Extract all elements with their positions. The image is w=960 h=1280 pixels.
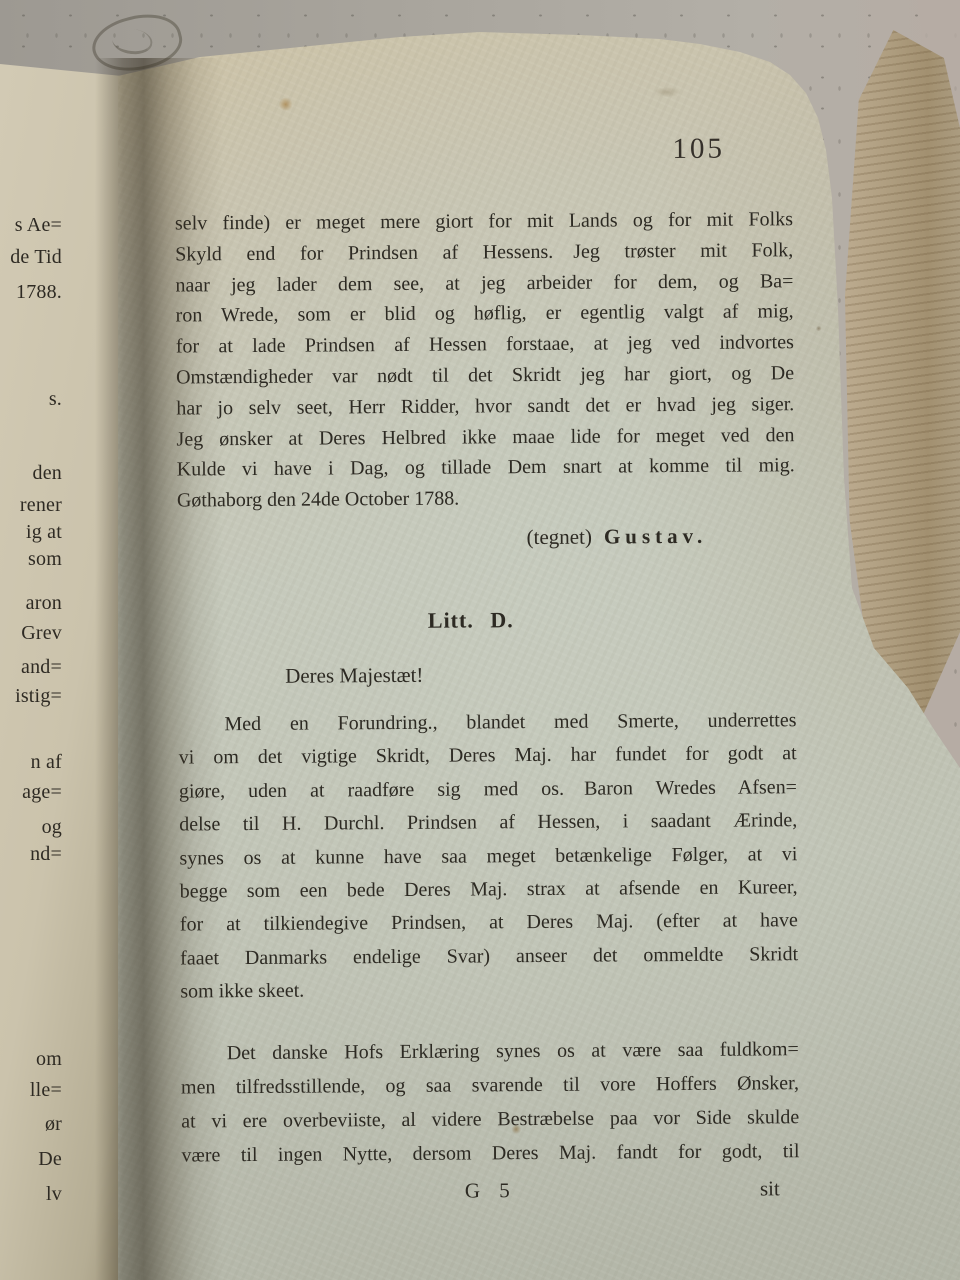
- text-line: for at lade Prindsen af Hessen forstaae,…: [176, 327, 794, 362]
- text-line: ron Wrede, som er blid og høflig, er ege…: [176, 297, 794, 332]
- cutoff-text-fragment: n af: [31, 751, 62, 774]
- cutoff-text-fragment: og: [42, 816, 62, 839]
- cutoff-text-fragment: om: [36, 1048, 62, 1071]
- page-content: 105 selv finde) er meget mere giort for …: [114, 25, 960, 1280]
- cutoff-text-fragment: nd=: [30, 843, 62, 866]
- text-line: selv finde) er meget mere giort for mit …: [175, 204, 793, 239]
- gathering-signature-mark: G 5: [465, 1178, 517, 1202]
- text-line: begge som een bede Deres Maj. strax at a…: [180, 871, 798, 909]
- page-footer: G 5 sit: [182, 1176, 800, 1205]
- signature-name: Gustav.: [604, 524, 707, 549]
- text-line: delse til H. Durchl. Prindsen af Hessen,…: [179, 804, 797, 842]
- cutoff-text-fragment: lle=: [30, 1079, 62, 1102]
- signature-prefix: (tegnet): [527, 525, 592, 549]
- text-line: Gøthaborg den 24de October 1788.: [177, 481, 795, 516]
- text-line: Kulde vi have i Dag, og tillade Dem snar…: [177, 451, 795, 486]
- text-line: Jeg ønsker at Deres Helbred ikke maae li…: [176, 420, 794, 455]
- cutoff-text-fragment: s Ae=: [15, 214, 62, 237]
- text-line: for at tilkiendegive Prindsen, at Deres …: [180, 905, 798, 943]
- cutoff-text-fragment: som: [28, 548, 62, 571]
- facing-page-strip: s Ae=de Tid1788.s.denrenerig atsomaronGr…: [0, 64, 122, 1280]
- paragraph-letter-gustav: selv finde) er meget mere giort for mit …: [175, 204, 795, 516]
- catchword: sit: [760, 1176, 780, 1201]
- cutoff-text-fragment: De: [38, 1148, 62, 1171]
- book-photo-scene: s Ae=de Tid1788.s.denrenerig atsomaronGr…: [0, 0, 960, 1280]
- text-line: at vi ere overbeviiste, al videre Bestræ…: [181, 1100, 799, 1138]
- cutoff-text-fragment: den: [33, 462, 62, 485]
- text-line: være til ingen Nytte, dersom Deres Maj. …: [181, 1134, 799, 1172]
- cutoff-text-fragment: aron: [26, 592, 62, 615]
- paragraph-address-to-majesty: Med en Forundring., blandet med Smerte, …: [178, 704, 798, 1009]
- rust-stain: [278, 98, 293, 111]
- cutoff-text-fragment: age=: [22, 781, 62, 804]
- page-number: 105: [672, 133, 725, 166]
- section-heading: Litt. D.: [162, 605, 780, 635]
- cutoff-text-fragment: ør: [45, 1113, 62, 1136]
- text-line: Det danske Hofs Erklæring synes os at væ…: [181, 1032, 799, 1070]
- cutoff-text-fragment: rener: [20, 494, 62, 517]
- facing-page-text-fragments: s Ae=de Tid1788.s.denrenerig atsomaronGr…: [0, 0, 64, 1280]
- book-page-105: 105 selv finde) er meget mere giort for …: [118, 28, 960, 1280]
- cutoff-text-fragment: 1788.: [16, 281, 62, 304]
- salutation: Deres Majestæt!: [285, 663, 423, 689]
- text-line: men tilfredsstillende, og saa svarende t…: [181, 1066, 799, 1104]
- paragraph-danish-declaration: Det danske Hofs Erklæring synes os at væ…: [181, 1032, 800, 1172]
- text-line: har jo selv seet, Herr Ridder, hvor sand…: [176, 389, 794, 424]
- cutoff-text-fragment: lv: [46, 1183, 62, 1206]
- cutoff-text-fragment: s.: [49, 388, 62, 411]
- text-line: naar jeg lader dem see, at jeg arbeider …: [175, 266, 793, 301]
- text-line: giøre, uden at raadføre sig med os. Baro…: [179, 771, 797, 809]
- text-line: faaet Danmarks endelige Svar) anseer det…: [180, 938, 798, 976]
- text-line: vi om det vigtige Skridt, Deres Maj. har…: [179, 738, 797, 776]
- text-line: Med en Forundring., blandet med Smerte, …: [178, 704, 796, 742]
- cutoff-text-fragment: and=: [21, 656, 62, 679]
- cutoff-text-fragment: Grev: [21, 622, 62, 645]
- text-line: Skyld end for Prindsen af Hessens. Jeg t…: [175, 235, 793, 270]
- foxing-spot: [816, 326, 822, 331]
- text-line: synes os at kunne have saa meget betænke…: [179, 838, 797, 876]
- smudge: [654, 87, 680, 97]
- signature-line: (tegnet)Gustav.: [177, 523, 795, 552]
- text-line: Omstændigheder var nødt til det Skridt j…: [176, 358, 794, 393]
- text-line: som ikke skeet.: [180, 971, 798, 1009]
- cutoff-text-fragment: istig=: [15, 685, 62, 708]
- cutoff-text-fragment: de Tid: [10, 246, 62, 269]
- cutoff-text-fragment: ig at: [26, 521, 62, 544]
